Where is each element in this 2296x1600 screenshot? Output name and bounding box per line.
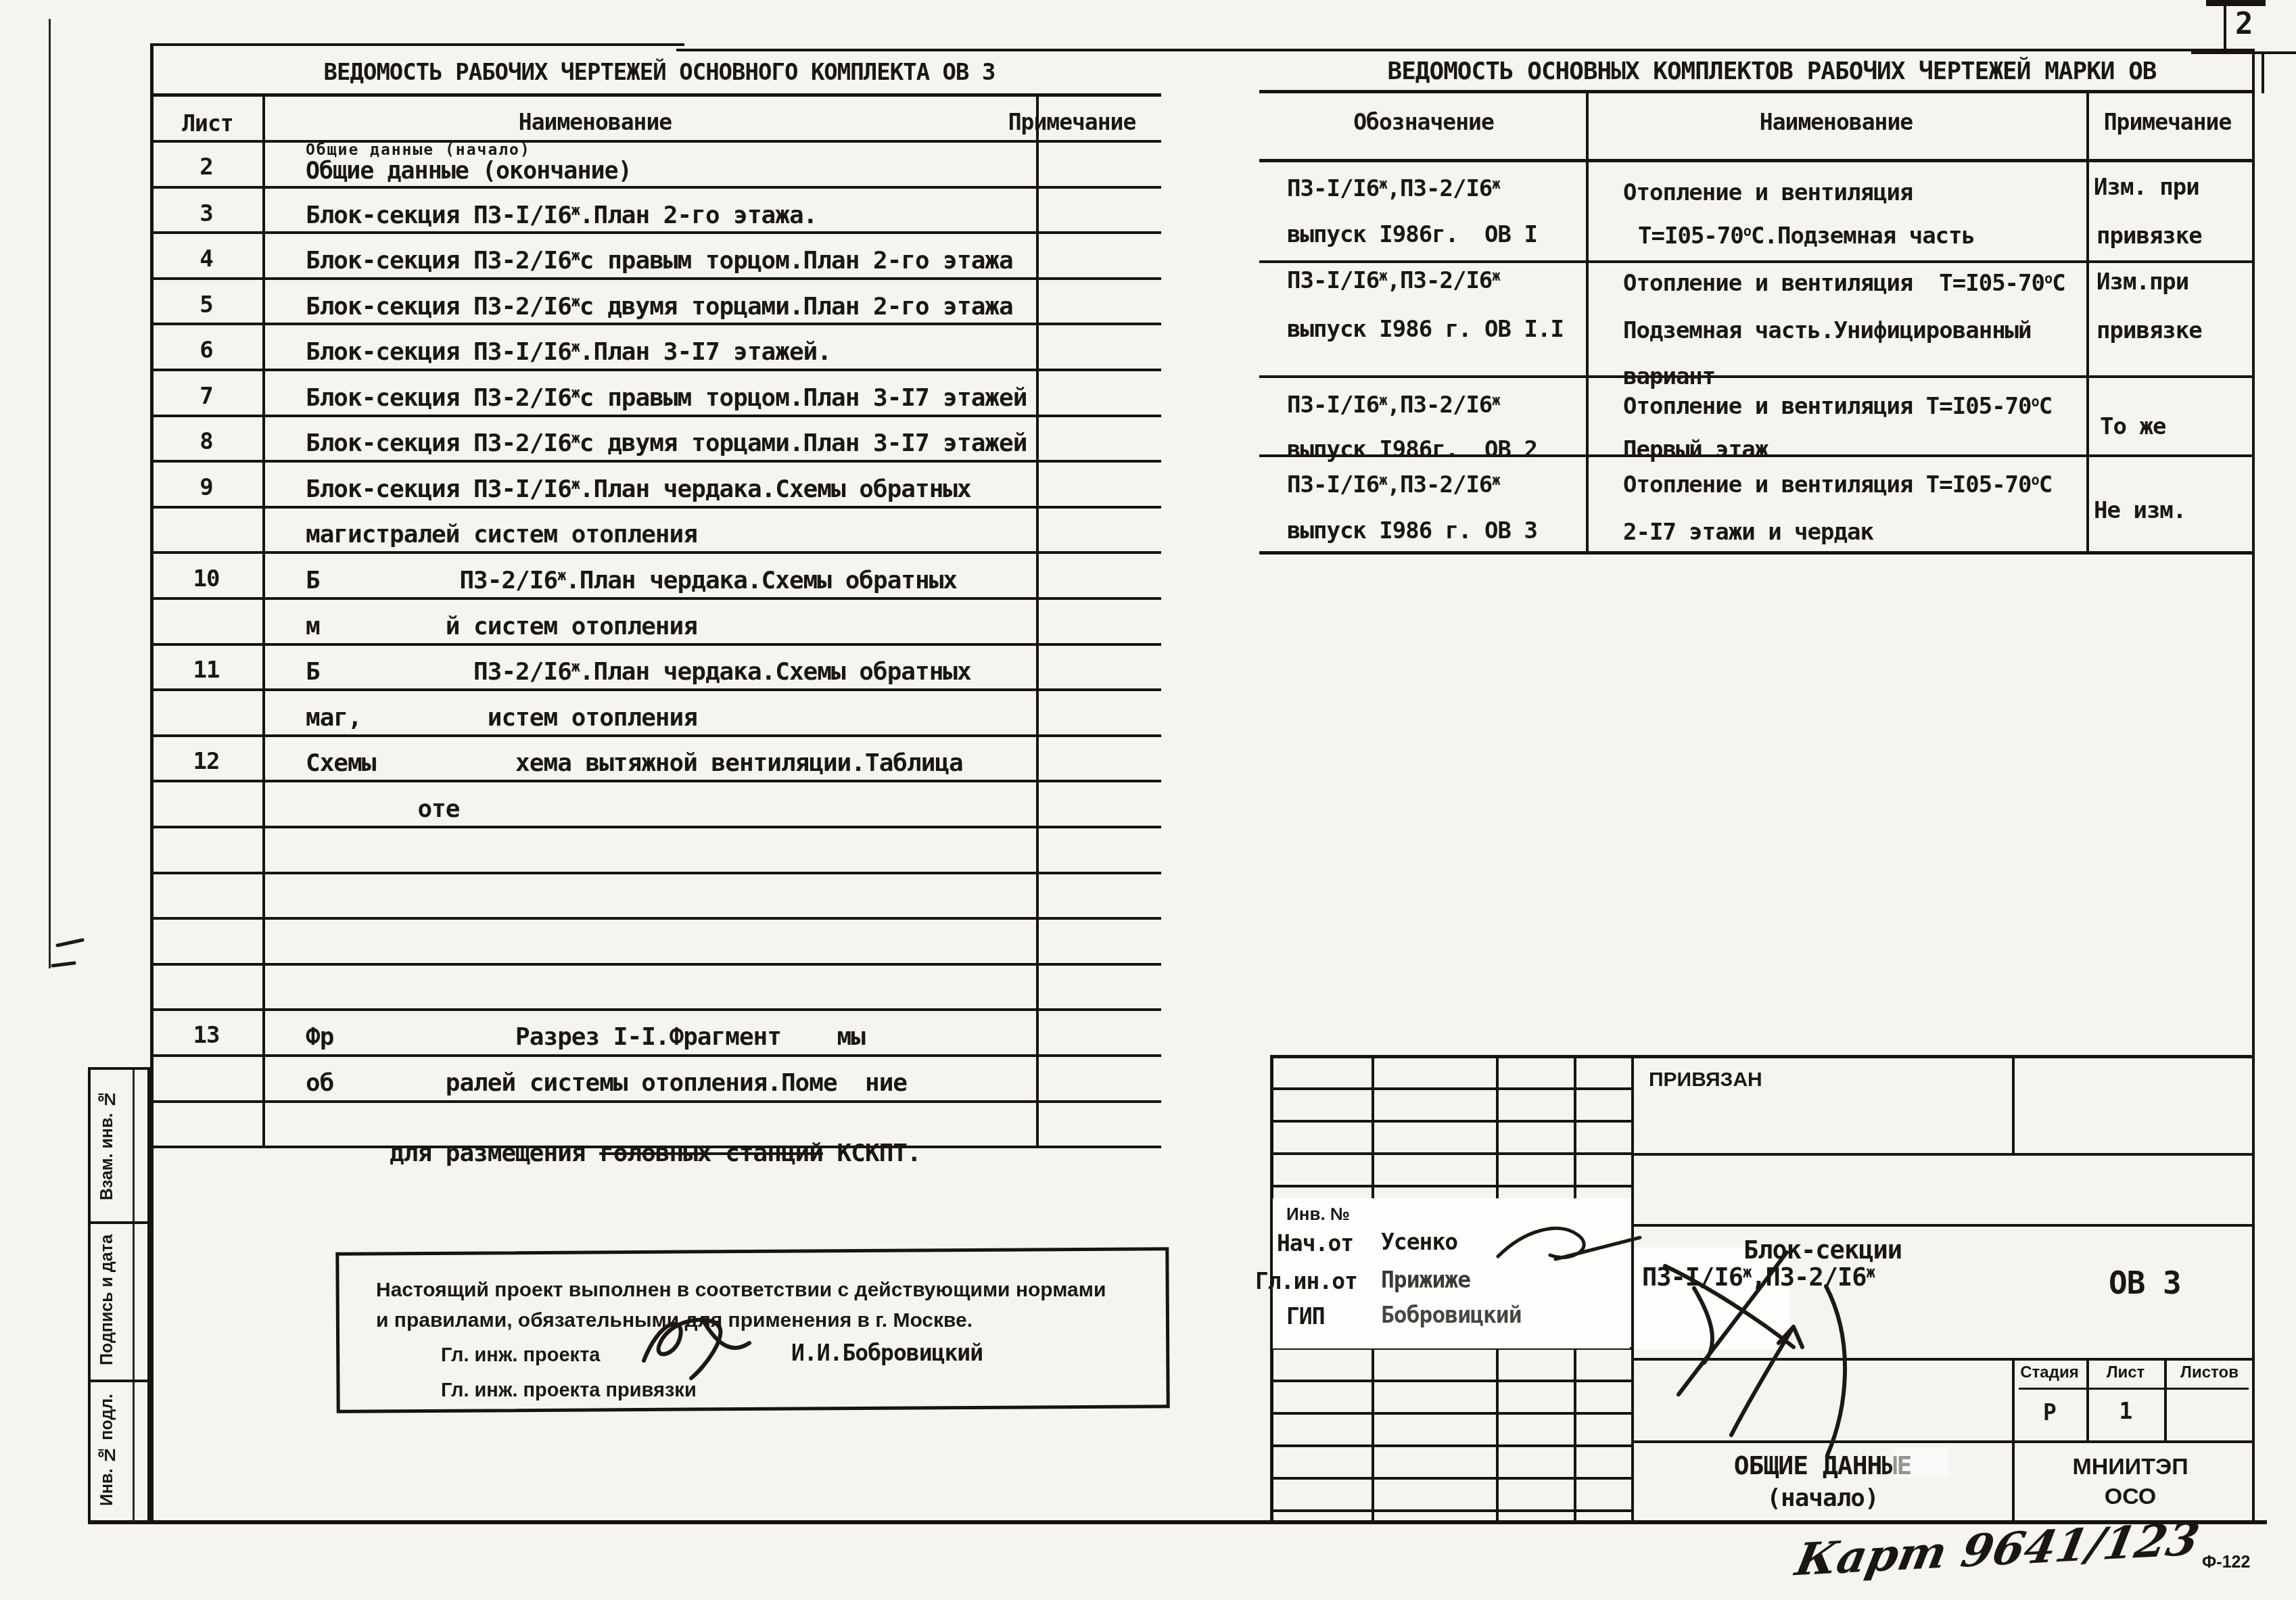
sig2-role: Гл.ин.от xyxy=(1255,1270,1357,1292)
whiteout-patch xyxy=(1894,1447,1948,1478)
rt-note: привязке xyxy=(2096,225,2202,248)
row-name: Блок-секция П3-2/I6жс правым торцом.План… xyxy=(306,386,1027,410)
corner-page-number: 2 xyxy=(2235,9,2253,39)
sig1-name: Усенко xyxy=(1381,1231,1457,1253)
sheet-no: 6 xyxy=(162,339,250,362)
org-line1: МНИИТЭП xyxy=(2019,1455,2242,1478)
right-col-code: Обозначение xyxy=(1285,111,1562,133)
rt-name: Отопление и вентиляция Т=I05-70оС xyxy=(1623,272,2065,295)
rt-name: Первый этаж xyxy=(1623,438,1768,461)
note-line1: Настоящий проект выполнен в соответствии… xyxy=(376,1280,1106,1300)
row-name: Схемы хема вытяжной вентиляции.Таблица xyxy=(306,751,963,776)
mark-code: ОВ 3 xyxy=(2109,1267,2181,1298)
row-name: Б П3-2/I6ж.План чердака.Схемы обратных xyxy=(306,569,957,593)
rt-name: Отопление и вентиляция xyxy=(1623,181,1913,204)
rt-code: выпуск I986г. ОВ I xyxy=(1287,223,1537,246)
sheet-no: 4 xyxy=(162,248,250,270)
sheet-no: 13 xyxy=(162,1024,250,1047)
rt-name: Отопление и вентиляция Т=I05-70оС xyxy=(1623,473,2052,496)
rt-code: П3-I/I6ж,П3-2/I6ж xyxy=(1287,473,1500,496)
rt-name: вариант xyxy=(1623,365,1715,388)
sheet-no: 2 xyxy=(162,156,250,179)
stage-label: Стадия xyxy=(2014,1365,2085,1381)
rt-name: Подземная часть.Унифицированный xyxy=(1623,319,2032,342)
doc-title-line1: ОБЩИЕ ДАННЫЕ xyxy=(1643,1453,2002,1478)
margin-label-inv: Инв. № подл. xyxy=(99,1389,116,1511)
row13-struck: головных станций xyxy=(599,1139,823,1167)
right-table-title: ВЕДОМОСТЬ ОСНОВНЫХ КОМПЛЕКТОВ РАБОЧИХ ЧЕ… xyxy=(1326,60,2218,84)
row-name: м й систем отопления xyxy=(306,615,697,639)
rt-note: Изм. при xyxy=(2094,176,2199,199)
margin-label-vzam: Взам. инв. № xyxy=(99,1081,116,1209)
rt-note: Изм.при xyxy=(2096,270,2188,293)
rt-code: П3-I/I6ж,П3-2/I6ж xyxy=(1287,269,1500,292)
doc-title-line2: (начало) xyxy=(1643,1486,2002,1511)
object-line2: П3-I/I6ж,П3-2/I6ж xyxy=(1642,1265,1875,1290)
sig2-name: Прижиже xyxy=(1381,1269,1470,1291)
row-name: Блок-секция П3-I/I6ж.План 3-I7 этажей. xyxy=(306,340,831,364)
row-name: маг, истем отопления xyxy=(306,706,697,730)
rt-code: П3-I/I6ж,П3-2/I6ж xyxy=(1287,177,1500,200)
sheet-label: Лист xyxy=(2088,1365,2163,1381)
sheet-no: 3 xyxy=(162,202,250,225)
drawing-sheet: 2 ВЕДОМОСТЬ РАБОЧИХ ЧЕРТЕЖЕЙ ОСНОВНОГО К… xyxy=(0,0,2296,1600)
sheet-no: 11 xyxy=(162,659,250,682)
sheet-no: 12 xyxy=(162,750,250,773)
right-col-name: Наименование xyxy=(1643,111,2029,133)
row-name: Общие данные (окончание) xyxy=(306,160,632,183)
sheet-no: 5 xyxy=(162,293,250,316)
sheet-no: 7 xyxy=(162,385,250,408)
left-table-rules xyxy=(150,140,1161,1151)
note-role1: Гл. инж. проекта xyxy=(441,1346,600,1365)
sheet-no: 10 xyxy=(162,567,250,590)
row-name: Блок-секция П3-2/I6жс правым торцом.План… xyxy=(306,249,1013,273)
margin-label-podpis: Подпись и дата xyxy=(99,1232,116,1367)
sheets-label: Листов xyxy=(2166,1365,2253,1381)
sig1-role: Нач.от xyxy=(1277,1232,1353,1254)
note-role2: Гл. инж. проекта привязки xyxy=(441,1381,697,1401)
rt-code: П3-I/I6ж,П3-2/I6ж xyxy=(1287,394,1500,417)
note-name1: И.И.Бобровицкий xyxy=(791,1342,983,1364)
rt-code: выпуск I986 г. ОВ 3 xyxy=(1287,519,1537,542)
row-name: Блок-секция П3-I/I6ж.План 2-го этажа. xyxy=(306,204,817,228)
sheet-value: 1 xyxy=(2088,1400,2163,1422)
rt-code: выпуск I986 г. ОВ I.I xyxy=(1287,318,1564,341)
margin-tick-icon xyxy=(53,940,83,966)
attached-label: ПРИВЯЗАН xyxy=(1649,1070,1762,1090)
left-col-name: Наименование xyxy=(406,111,784,133)
row-name: Б П3-2/I6ж.План чердака.Схемы обратных xyxy=(306,660,971,684)
left-table-title: ВЕДОМОСТЬ РАБОЧИХ ЧЕРТЕЖЕЙ ОСНОВНОГО КОМ… xyxy=(216,61,1102,84)
rt-name: 2-I7 этажи и чердак xyxy=(1623,521,1873,544)
left-col-note: Примечание xyxy=(974,111,1170,133)
rt-name: Т=I05-70оС.Подземная часть xyxy=(1638,225,1975,248)
sig3-role: ГИП xyxy=(1286,1305,1325,1327)
sheet-no: 9 xyxy=(162,476,250,499)
object-line1: Блок-секции xyxy=(1643,1238,2002,1263)
row-name: об ралей системы отопления.Поме ние xyxy=(306,1071,907,1096)
stage-value: Р xyxy=(2014,1401,2085,1423)
right-col-note: Примечание xyxy=(2069,111,2266,133)
note-line2: и правилами, обязательными для применени… xyxy=(376,1311,973,1331)
handwritten-card-number: Карт 9641/123 xyxy=(1792,1517,2203,1582)
inv-no-label: Инв. № xyxy=(1286,1205,1350,1223)
row-name-struck-line: для размещения головных станций КСКПТ. xyxy=(306,1117,921,1190)
row-name: магистралей систем отопления xyxy=(306,523,697,547)
sig3-name: Бобровицкий xyxy=(1381,1304,1522,1326)
org-line2: ОСО xyxy=(2019,1485,2242,1508)
rt-name: Отопление и вентиляция Т=I05-70оС xyxy=(1623,395,2052,418)
row-name: Фр Разрез I-I.Фрагмент мы xyxy=(306,1025,865,1050)
sheet-no: 8 xyxy=(162,430,250,453)
row-pre-small: Общие данные (начало) xyxy=(306,143,531,158)
row-name: Блок-секция П3-2/I6жс двумя торцами.План… xyxy=(306,431,1027,456)
row-name: Блок-секция П3-I/I6ж.План чердака.Схемы … xyxy=(306,477,971,502)
row13-prefix: для размещения xyxy=(390,1139,599,1167)
rt-note: То же xyxy=(2100,415,2165,438)
row-name: оте xyxy=(306,797,459,822)
left-col-sheet: Лист xyxy=(157,112,258,135)
form-code: Ф-122 xyxy=(2202,1554,2250,1571)
rt-note: привязке xyxy=(2096,319,2202,342)
rt-code: выпуск I986г. ОВ 2 xyxy=(1287,438,1537,461)
row13-suffix: КСКПТ. xyxy=(823,1139,921,1167)
rt-note: Не изм. xyxy=(2094,499,2186,522)
row-name: Блок-секция П3-2/I6жс двумя торцами.План… xyxy=(306,295,1013,319)
